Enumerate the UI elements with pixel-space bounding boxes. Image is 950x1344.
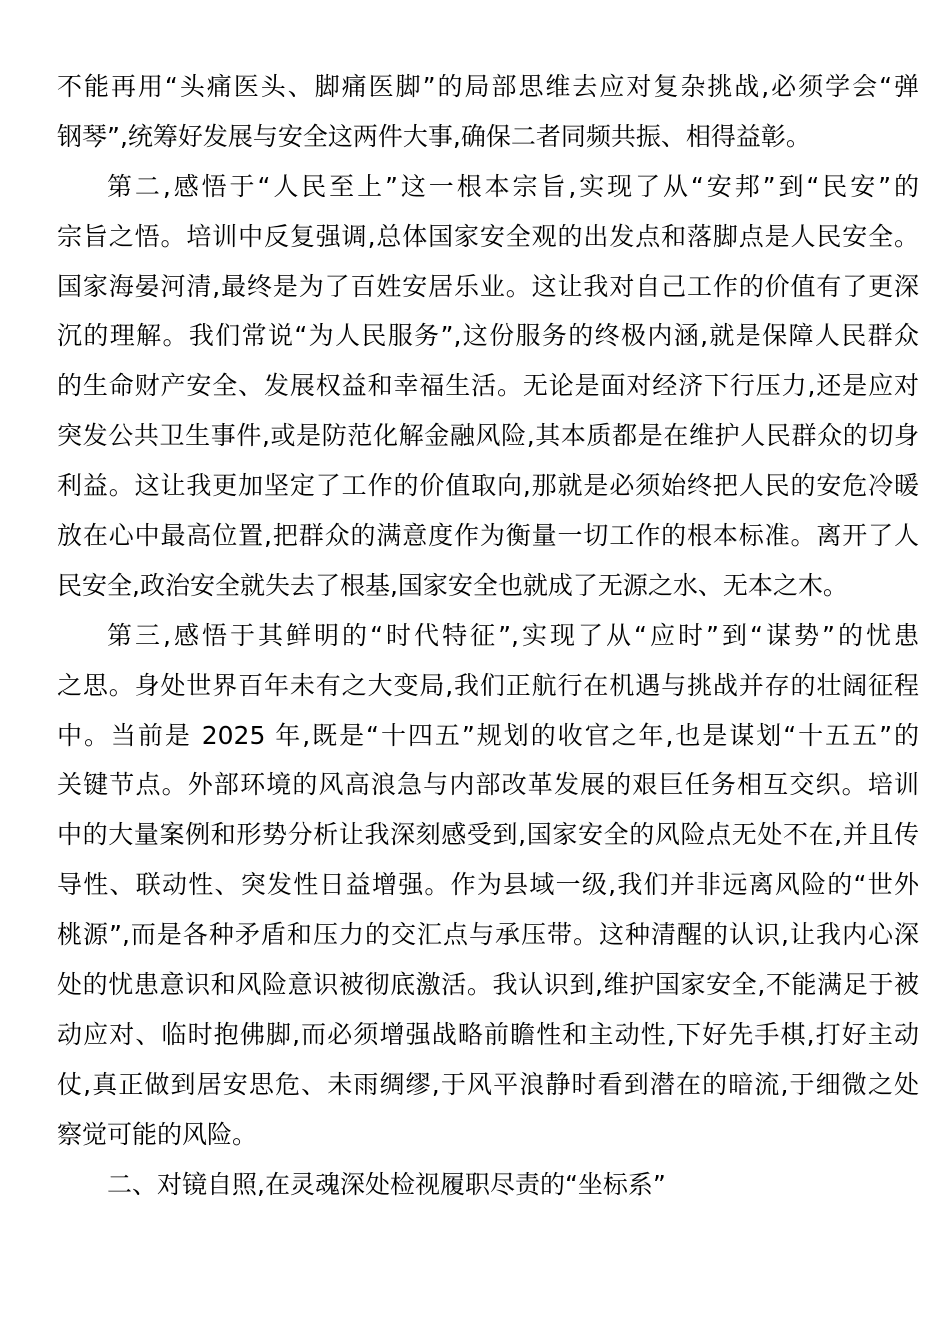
document-page: 不能再用“头痛医头、脚痛医脚”的局部思维去应对复杂挑战,必须学会“弹钢琴”,统筹… [0,0,950,1344]
text-line: 之思。身处世界百年未有之大变局,我们正航行在机遇与挑战并存的壮阔征程 [57,661,919,711]
text-line: 导性、联动性、突发性日益增强。作为县域一级,我们并非远离风险的“世外 [57,860,919,910]
section-heading-block: 二、对镜自照,在灵魂深处检视履职尽责的“坐标系” [57,1160,919,1210]
paragraph: 不能再用“头痛医头、脚痛医脚”的局部思维去应对复杂挑战,必须学会“弹钢琴”,统筹… [57,62,919,162]
text-line: 突发公共卫生事件,或是防范化解金融风险,其本质都是在维护人民群众的切身 [57,411,919,461]
text-line: 察觉可能的风险。 [57,1110,919,1160]
text-line: 利益。这让我更加坚定了工作的价值取向,那就是必须始终把人民的安危冷暖 [57,461,919,511]
text-line: 桃源”,而是各种矛盾和压力的交汇点与承压带。这种清醒的认识,让我内心深 [57,910,919,960]
text-line: 国家海晏河清,最终是为了百姓安居乐业。这让我对自己工作的价值有了更深 [57,262,919,312]
document-body: 不能再用“头痛医头、脚痛医脚”的局部思维去应对复杂挑战,必须学会“弹钢琴”,统筹… [57,62,919,1209]
text-line: 宗旨之悟。培训中反复强调,总体国家安全观的出发点和落脚点是人民安全。 [57,212,919,262]
text-line: 的生命财产安全、发展权益和幸福生活。无论是面对经济下行压力,还是应对 [57,361,919,411]
text-line: 中。当前是 2025 年,既是“十四五”规划的收官之年,也是谋划“十五五”的 [57,711,919,761]
text-line: 民安全,政治安全就失去了根基,国家安全也就成了无源之水、无本之木。 [57,561,919,611]
text-line: 沉的理解。我们常说“为人民服务”,这份服务的终极内涵,就是保障人民群众 [57,311,919,361]
text-line: 仗,真正做到居安思危、未雨绸缪,于风平浪静时看到潜在的暗流,于细微之处 [57,1060,919,1110]
text-line: 中的大量案例和形势分析让我深刻感受到,国家安全的风险点无处不在,并且传 [57,810,919,860]
text-line: 不能再用“头痛医头、脚痛医脚”的局部思维去应对复杂挑战,必须学会“弹 [57,62,919,112]
section-heading: 二、对镜自照,在灵魂深处检视履职尽责的“坐标系” [57,1160,919,1210]
text-line: 钢琴”,统筹好发展与安全这两件大事,确保二者同频共振、相得益彰。 [57,112,919,162]
text-line: 关键节点。外部环境的风高浪急与内部改革发展的艰巨任务相互交织。培训 [57,760,919,810]
text-line: 第三,感悟于其鲜明的“时代特征”,实现了从“应时”到“谋势”的忧患 [57,611,919,661]
text-line: 第二,感悟于“人民至上”这一根本宗旨,实现了从“安邦”到“民安”的 [57,162,919,212]
paragraph: 第三,感悟于其鲜明的“时代特征”,实现了从“应时”到“谋势”的忧患之思。身处世界… [57,611,919,1160]
text-line: 动应对、临时抱佛脚,而必须增强战略前瞻性和主动性,下好先手棋,打好主动 [57,1010,919,1060]
paragraph: 第二,感悟于“人民至上”这一根本宗旨,实现了从“安邦”到“民安”的宗旨之悟。培训… [57,162,919,611]
text-line: 放在心中最高位置,把群众的满意度作为衡量一切工作的根本标准。离开了人 [57,511,919,561]
text-line: 处的忧患意识和风险意识被彻底激活。我认识到,维护国家安全,不能满足于被 [57,960,919,1010]
